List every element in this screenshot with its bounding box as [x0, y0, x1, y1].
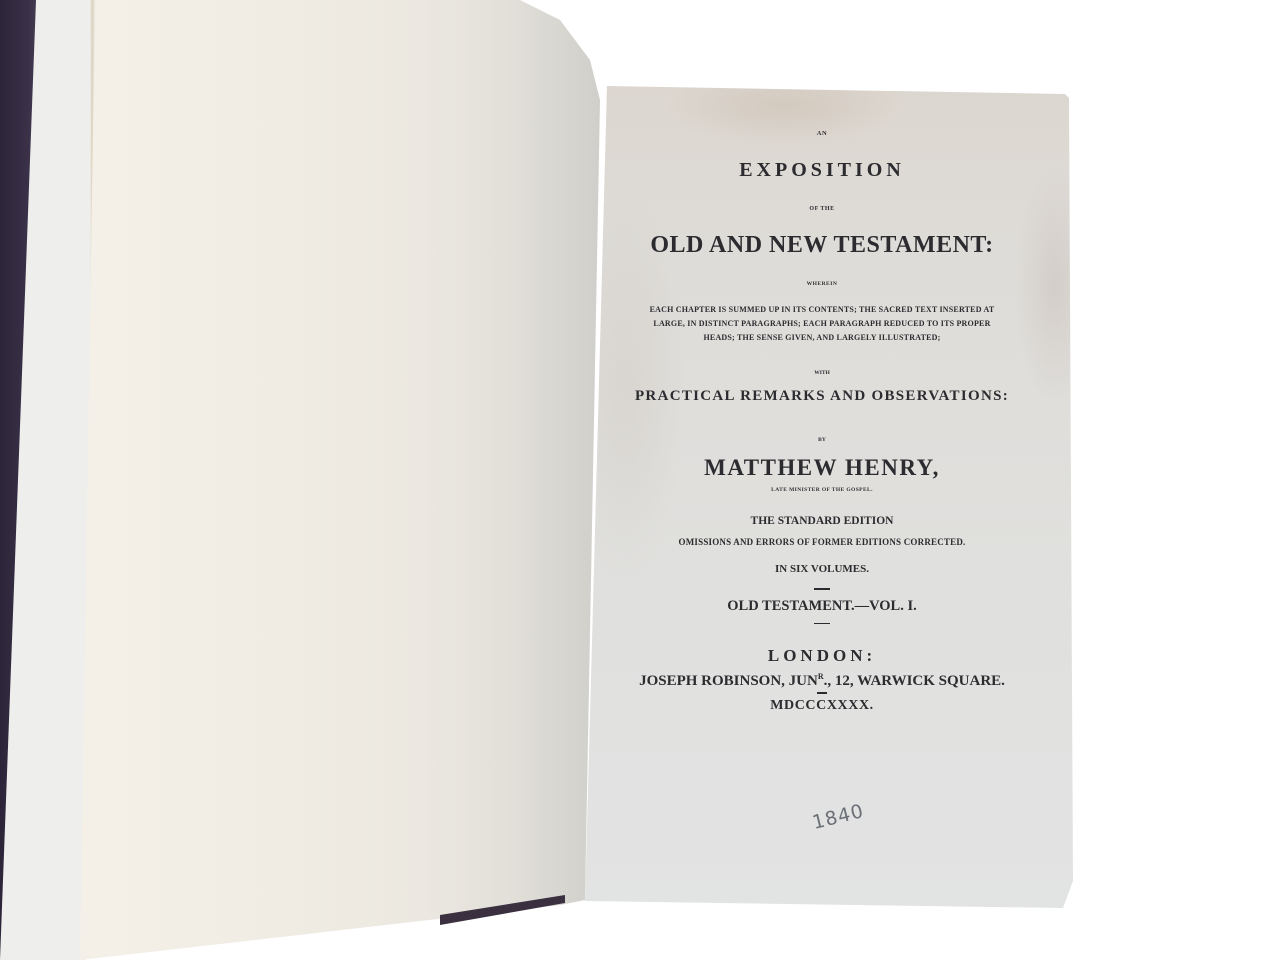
exposition-heading: EXPOSITION: [607, 159, 1037, 182]
divider-rule: [814, 623, 830, 625]
publisher-name: JOSEPH ROBINSON, JUN: [639, 673, 818, 689]
publication-year: MDCCCXXXX.: [607, 698, 1037, 714]
author-name: MATTHEW HENRY,: [607, 455, 1037, 481]
subtitle: PRACTICAL REMARKS AND OBSERVATIONS:: [607, 388, 1037, 405]
with-text: WITH: [607, 370, 1037, 376]
description-line: EACH CHAPTER IS SUMMED UP IN ITS CONTENT…: [607, 303, 1037, 317]
title-page-text: AN EXPOSITION OF THE OLD AND NEW TESTAME…: [607, 130, 1037, 714]
city: LONDON:: [607, 646, 1037, 666]
book-photo: AN EXPOSITION OF THE OLD AND NEW TESTAME…: [0, 0, 1280, 960]
description-line: LARGE, IN DISTINCT PARAGRAPHS; EACH PARA…: [607, 317, 1037, 331]
article-an: AN: [607, 130, 1037, 137]
of-the-text: OF THE: [607, 206, 1037, 212]
description-line: HEADS; THE SENSE GIVEN, AND LARGELY ILLU…: [607, 331, 1037, 345]
wherein-text: WHEREIN: [607, 281, 1037, 287]
edition-text: THE STANDARD EDITION: [607, 515, 1037, 527]
publisher: JOSEPH ROBINSON, JUNR., 12, WARWICK SQUA…: [607, 672, 1037, 690]
divider-rule: [814, 588, 830, 590]
description: EACH CHAPTER IS SUMMED UP IN ITS CONTENT…: [607, 303, 1037, 345]
publisher-address: ., 12, WARWICK SQUARE.: [824, 673, 1005, 689]
volumes-text: IN SIX VOLUMES.: [607, 563, 1037, 575]
author-description: LATE MINISTER OF THE GOSPEL.: [607, 487, 1037, 493]
corrections-text: OMISSIONS AND ERRORS OF FORMER EDITIONS …: [607, 537, 1037, 547]
volume-label: OLD TESTAMENT.—VOL. I.: [607, 598, 1037, 615]
by-text: BY: [607, 437, 1037, 443]
divider-rule: [817, 692, 827, 694]
main-title: OLD AND NEW TESTAMENT:: [607, 232, 1037, 259]
